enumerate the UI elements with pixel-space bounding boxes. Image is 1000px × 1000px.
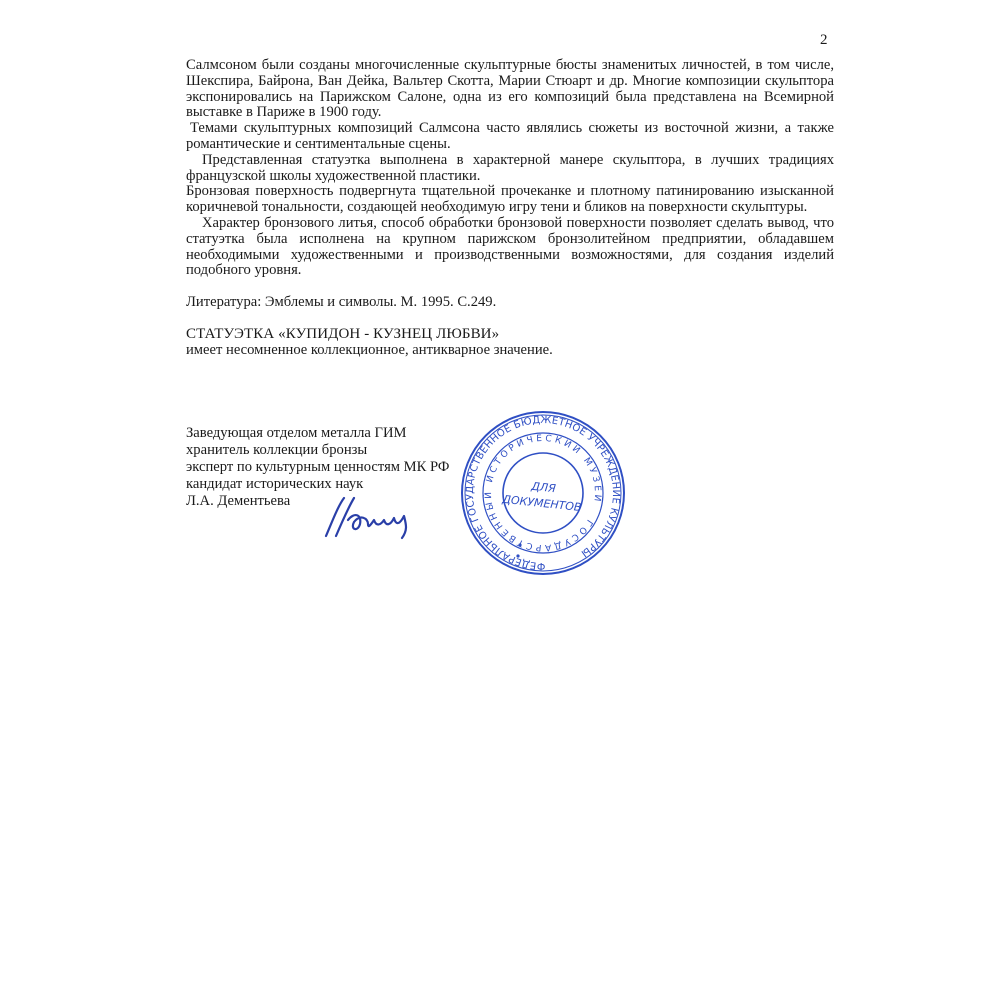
document-body: Салмсоном были созданы многочисленные ск… — [186, 58, 834, 359]
stamp-center-line2: ДОКУМЕНТОВ — [501, 493, 582, 514]
signatory-position: Заведующая отделом металла ГИМ — [186, 425, 449, 442]
signatory-expert: эксперт по культурным ценностям МК РФ — [186, 459, 449, 476]
stamp-center-line1: ДЛЯ — [530, 480, 557, 496]
museum-stamp-icon: ФЕДЕРАЛЬНОЕ ГОСУДАРСТВЕННОЕ БЮДЖЕТНОЕ УЧ… — [458, 408, 628, 578]
stamp-dot — [518, 543, 521, 546]
paragraph-sculptures: Салмсоном были созданы многочисленные ск… — [186, 58, 834, 121]
signatory-role: хранитель коллекции бронзы — [186, 442, 449, 459]
spacer — [186, 311, 834, 327]
signatory-degree: кандидат исторических наук — [186, 476, 449, 493]
stamp-dot — [516, 554, 519, 557]
page-number: 2 — [820, 32, 828, 49]
paragraph-themes: Темами скульптурных композиций Салмсона … — [186, 121, 834, 153]
paragraph-casting: Характер бронзового литья, способ обрабо… — [186, 216, 834, 279]
signature-icon — [318, 492, 428, 542]
spacer — [186, 279, 834, 295]
paragraph-statuette: Представленная статуэтка выполнена в хар… — [186, 153, 834, 185]
statuette-title: СТАТУЭТКА «КУПИДОН - КУЗНЕЦ ЛЮБВИ» — [186, 327, 834, 343]
paragraph-bronze-surface: Бронзовая поверхность подвергнута тщател… — [186, 184, 834, 216]
statuette-value: имеет несомненное коллекционное, антиква… — [186, 343, 834, 359]
literature-reference: Литература: Эмблемы и символы. М. 1995. … — [186, 295, 834, 311]
